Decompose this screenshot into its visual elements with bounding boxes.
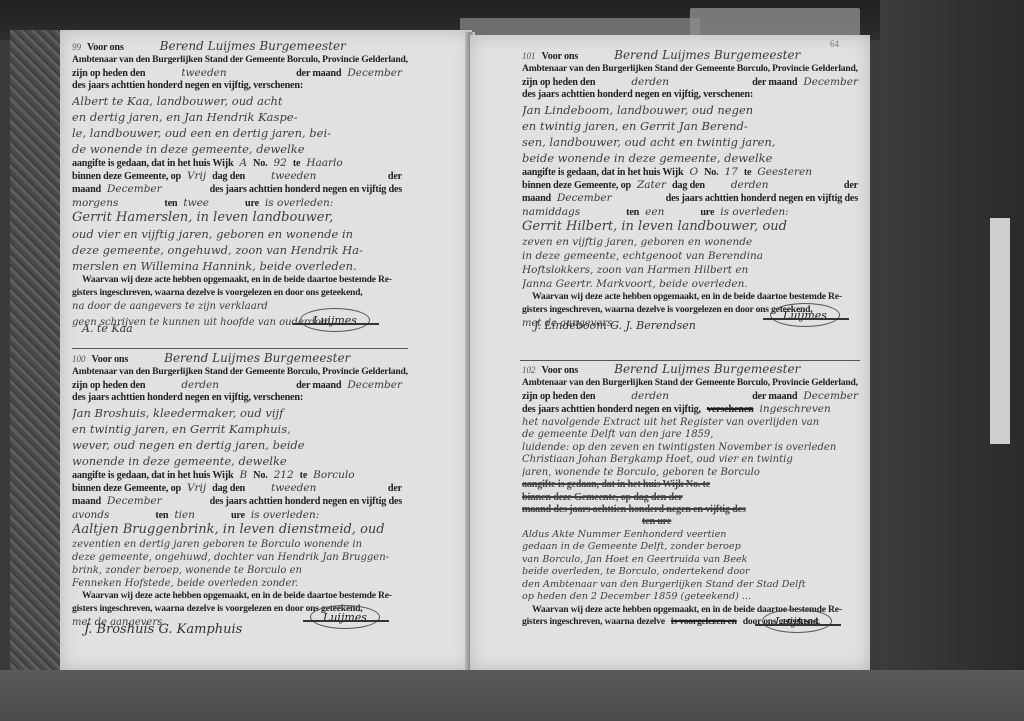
death-day: derden [731, 179, 769, 191]
printed-text: der [388, 483, 402, 495]
printed-text: dag den [672, 180, 705, 192]
place-name: Geesteren [757, 166, 812, 178]
deceased-details: Hoftslokkers, zoon van Harmen Hilbert en [522, 263, 858, 277]
death-hour: tien [174, 509, 195, 521]
deceased-details: brink, zonder beroep, wonende te Borculo… [72, 564, 402, 577]
deceased-name: Aaltjen Bruggenbrink, in leven dienstmei… [72, 522, 402, 538]
struck-printed-text: verschenen [707, 404, 754, 416]
declarants-text: Jan Lindeboom, landbouwer, oud negen [522, 102, 858, 118]
printed-text: Ambtenaar van den Burgerlijken Stand der… [522, 63, 858, 75]
record-divider [520, 360, 860, 361]
printed-text: ten [164, 198, 177, 210]
declarants-text: le, landbouwer, oud een en dertig jaren,… [72, 125, 402, 141]
officer-name: Berend Luijmes Burgemeester [614, 363, 800, 375]
witness-signature: J. Broshuis G. Kamphuis [84, 622, 242, 637]
extract-text: gedaan in de Gemeente Delft, zonder bero… [522, 541, 858, 554]
declaration-day: derden [631, 390, 669, 402]
daypart: namiddags [522, 206, 580, 218]
printed-text: maand [72, 496, 101, 508]
printed-text: maand [72, 184, 101, 196]
extract-text: Aldus Akte Nummer Eenhonderd veertien [522, 529, 858, 542]
declarants-text: en twintig jaren, en Gerrit Jan Berend- [522, 118, 858, 134]
declaration-day: derden [631, 76, 669, 88]
printed-text: zijn op heden den [522, 77, 595, 89]
deceased-details: Janna Geertr. Markvoort, beide overleden… [522, 277, 858, 291]
death-month: December [107, 495, 162, 507]
transcription-text: de gemeente Delft van den jare 1859, [522, 429, 858, 442]
printed-text: zijn op heden den [522, 391, 595, 403]
printed-text: No. [253, 158, 267, 170]
declarants-text: Jan Broshuis, kleedermaker, oud vijf [72, 405, 402, 421]
officer-name: Berend Luijmes Burgemeester [614, 49, 800, 61]
death-record: 100 Voor ons Berend Luijmes Burgemeester… [72, 352, 402, 631]
extract-text: den Ambtenaar van den Burgerlijken Stand… [522, 579, 858, 592]
printed-text: No. [704, 167, 718, 179]
daypart: morgens [72, 197, 118, 209]
printed-text: te [300, 470, 308, 482]
officer-name: Berend Luijmes Burgemeester [160, 40, 346, 52]
printed-text: des jaars achttien honderd negen en vijf… [210, 184, 402, 196]
struck-printed-text: ten ure [522, 516, 858, 528]
death-hour: twee [183, 197, 209, 209]
deceased-details: zeven en vijftig jaren, geboren en wonen… [522, 235, 858, 249]
printed-text: Ambtenaar van den Burgerlijken Stand der… [522, 377, 858, 389]
printed-text: der maand [296, 380, 341, 392]
printed-text: Ambtenaar van den Burgerlijken Stand der… [72, 366, 402, 378]
place-name: Haarlo [306, 157, 342, 169]
deceased-details: oud vier en vijftig jaren, geboren en wo… [72, 226, 402, 242]
book-binding-edge [690, 8, 860, 38]
extract-text: beide overleden, te Borculo, ondertekend… [522, 566, 858, 579]
deceased-details: merslen en Willemina Hannink, beide over… [72, 258, 402, 274]
death-month: December [107, 183, 162, 195]
handwritten-text: is overleden: [720, 206, 788, 218]
printed-text: binnen deze Gemeente, op [72, 171, 181, 183]
printed-text: des jaars achttien honderd negen en vijf… [72, 392, 402, 404]
house-number: 17 [724, 166, 737, 178]
declarants-text: sen, landbouwer, oud acht en twintig jar… [522, 134, 858, 150]
deceased-details: deze gemeente, ongehuwd, dochter van Hen… [72, 551, 402, 564]
printed-text: te [744, 167, 752, 179]
book-spine-top [460, 18, 700, 36]
transcription-text: jaren, wonende te Borculo, geboren te Bo… [522, 467, 858, 480]
witness-signature: J. Lindeboom G. J. Berendsen [534, 319, 696, 332]
printed-text: Voor ons [87, 42, 124, 54]
printed-text: binnen deze Gemeente, op [522, 180, 631, 192]
declarants-text: wonende in deze gemeente, dewelke [72, 453, 402, 469]
declarants-text: beide wonende in deze gemeente, dewelke [522, 150, 858, 166]
declaration-month: December [347, 379, 402, 391]
printed-text: zijn op heden den [72, 68, 145, 80]
marbled-book-cover [10, 30, 65, 670]
paper-bookmark [990, 218, 1010, 444]
right-page: 64 101 Voor ons Berend Luijmes Burgemees… [470, 35, 870, 670]
transcription-text: Christiaan Johan Bergkamp Hoet, oud vier… [522, 454, 858, 467]
struck-printed-text: maand des jaars achttien honderd negen e… [522, 504, 858, 516]
printed-text: der maand [296, 68, 341, 80]
printed-text: ure [231, 510, 245, 522]
wijk-value: O [689, 166, 698, 178]
printed-text: Waarvan wij deze acte hebben opgemaakt, … [522, 291, 858, 303]
printed-text: Voor ons [542, 365, 579, 377]
record-number: 100 [72, 353, 86, 365]
extract-text: van Borculo, Jan Hoet en Geertruida van … [522, 554, 858, 567]
place-name: Borculo [313, 469, 354, 481]
deceased-details: deze gemeente, ongehuwd, zoon van Hendri… [72, 242, 402, 258]
printed-text: der maand [752, 391, 797, 403]
printed-text: zijn op heden den [72, 380, 145, 392]
officer-name: Berend Luijmes Burgemeester [164, 352, 350, 364]
record-divider [72, 348, 408, 349]
handwritten-text: is overleden: [265, 197, 333, 209]
printed-text: aangifte is gedaan, dat in het huis Wijk [522, 167, 683, 179]
printed-text: Voor ons [542, 51, 579, 63]
deceased-details: Fenneken Hofstede, beide overleden zonde… [72, 577, 402, 590]
deceased-name: Gerrit Hamerslen, in leven landbouwer, [72, 210, 402, 226]
printed-text: ten [155, 510, 168, 522]
struck-printed-text: aangifte is gedaan, dat in het huis Wijk… [522, 479, 858, 491]
printed-text: des jaars achttien honderd negen en vijf… [72, 80, 402, 92]
printed-text: ten [626, 207, 639, 219]
declarants-text: en dertig jaren, en Jan Hendrik Kaspe- [72, 109, 402, 125]
house-number: 212 [274, 469, 294, 481]
declarants-text: Albert te Kaa, landbouwer, oud acht [72, 93, 402, 109]
printed-text: gisters ingeschreven, waarna dezelve is … [72, 287, 402, 299]
record-number: 99 [72, 41, 81, 53]
death-day: tweeden [271, 482, 316, 494]
officer-signature: Luijmes [770, 303, 840, 327]
daypart: avonds [72, 509, 109, 521]
officer-signature: Luijmes [310, 605, 380, 629]
weekday: Vrij [187, 482, 206, 494]
death-month: December [557, 192, 612, 204]
printed-text: No. [253, 470, 267, 482]
printed-text: aangifte is gedaan, dat in het huis Wijk [72, 470, 233, 482]
printed-text: Waarvan wij deze acte hebben opgemaakt, … [72, 274, 402, 286]
declarants-text: wever, oud negen en dertig jaren, beide [72, 437, 402, 453]
printed-text: binnen deze Gemeente, op [72, 483, 181, 495]
printed-text: ure [245, 198, 259, 210]
struck-printed-text: is voorgelezen en [671, 616, 737, 628]
death-day: tweeden [271, 170, 316, 182]
handwritten-text: ingeschreven [760, 403, 831, 415]
death-record-transcription: 102 Voor ons Berend Luijmes Burgemeester… [522, 363, 858, 629]
printed-text: Waarvan wij deze acte hebben opgemaakt, … [72, 590, 402, 602]
wijk-value: A [239, 157, 247, 169]
officer-signature: Luijmes [762, 609, 832, 633]
printed-text: Voor ons [92, 354, 129, 366]
page-number: 64 [830, 39, 839, 49]
scan-background-bottom [0, 670, 1024, 721]
printed-text: maand [522, 193, 551, 205]
weekday: Zater [637, 179, 666, 191]
officer-signature: Luijmes [300, 308, 370, 332]
record-number: 101 [522, 50, 536, 62]
weekday: Vrij [187, 170, 206, 182]
printed-text: aangifte is gedaan, dat in het huis Wijk [72, 158, 233, 170]
declaration-day: tweeden [181, 67, 226, 79]
deceased-details: zeventien en dertig jaren geboren te Bor… [72, 538, 402, 551]
printed-text: dag den [212, 483, 245, 495]
declarants-text: en twintig jaren, en Gerrit Kamphuis, [72, 421, 402, 437]
printed-text: der [388, 171, 402, 183]
deceased-details: in deze gemeente, echtgenoot van Berendi… [522, 249, 858, 263]
declarants-text: de wonende in deze gemeente, dewelke [72, 141, 402, 157]
printed-text: des jaars achttien honderd negen en vijf… [522, 89, 858, 101]
wijk-value: B [239, 469, 247, 481]
printed-text: te [293, 158, 301, 170]
death-record: 101 Voor ons Berend Luijmes Burgemeester… [522, 49, 858, 332]
declaration-month: December [803, 390, 858, 402]
record-number: 102 [522, 364, 536, 376]
transcription-text: het navolgende Extract uit het Register … [522, 417, 858, 430]
extract-text: op heden den 2 December 1859 (geteekend)… [522, 591, 858, 604]
struck-printed-text: binnen deze Gemeente, op dag den der [522, 492, 858, 504]
printed-text: des jaars achttien honderd negen en vijf… [666, 193, 858, 205]
left-page: 99 Voor ons Berend Luijmes Burgemeester … [60, 30, 472, 670]
printed-text: des jaars achttien honderd negen en vijf… [522, 404, 701, 416]
printed-text: des jaars achttien honderd negen en vijf… [210, 496, 402, 508]
printed-text: Ambtenaar van den Burgerlijken Stand der… [72, 54, 402, 66]
printed-text: dag den [212, 171, 245, 183]
death-hour: een [645, 206, 664, 218]
handwritten-text: is overleden: [251, 509, 319, 521]
printed-text: der [844, 180, 858, 192]
deceased-name: Gerrit Hilbert, in leven landbouwer, oud [522, 219, 858, 235]
declaration-month: December [803, 76, 858, 88]
transcription-text: luidende: op den zeven en twintigsten No… [522, 442, 858, 455]
declaration-month: December [347, 67, 402, 79]
printed-text: der maand [752, 77, 797, 89]
death-record: 99 Voor ons Berend Luijmes Burgemeester … [72, 40, 402, 331]
declaration-day: derden [181, 379, 219, 391]
printed-text: ure [700, 207, 714, 219]
witness-signature: A. te Kaa [82, 322, 133, 335]
house-number: 92 [273, 157, 286, 169]
printed-text: gisters ingeschreven, waarna dezelve [522, 616, 665, 628]
